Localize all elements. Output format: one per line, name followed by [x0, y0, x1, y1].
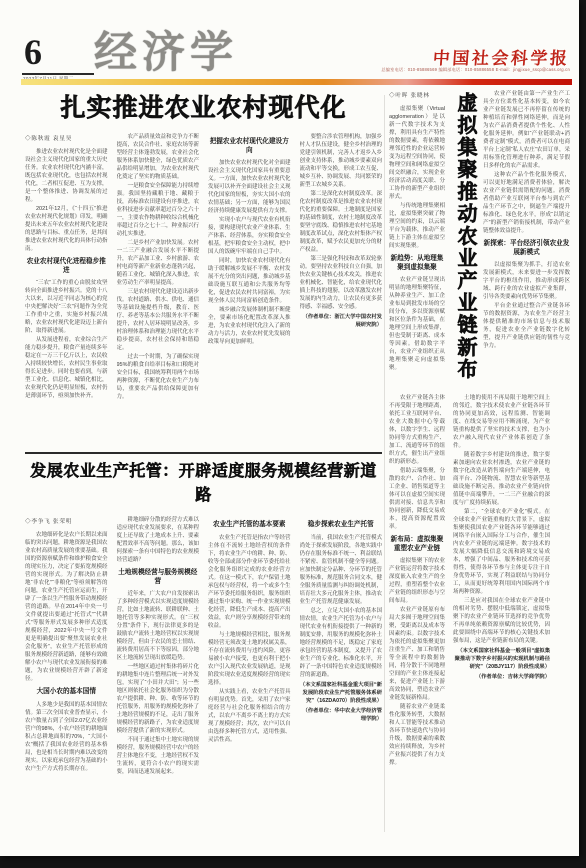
vertical-separator-rule	[384, 95, 385, 832]
paragraph: 农地细碎化是农户长期以来面临的突出问题，耕地资源是我国农业农村高质量发展的重要基…	[25, 531, 108, 683]
subhead: 新布局：虚拟集聚重塑农业产业链	[389, 536, 445, 553]
article-column: ◇李争飞 张荣明农地细碎化是农户长期以来面临的突出问题，耕地资源是我国农业农村高…	[25, 516, 108, 854]
subhead: 稳步探索农业生产托管	[300, 521, 383, 530]
paragraph: 近年来，广大农户自发探索出了多种经营模式以实现适度规模经营，比如土地流转、联耕联…	[117, 590, 200, 662]
byline: ◇叶晖 张晓林	[389, 92, 445, 100]
paragraph: 城乡融合发展体制机制不断健全，要素市场化配置改革深入推进，为农业农村现代化注入了…	[208, 306, 291, 346]
paragraph: 第三是强化科技和改革双轮驱动。要坚持农业科技自立自强，加快农业关键核心技术攻关，…	[300, 255, 383, 311]
article-column: 稳步探索农业生产托管当前，我国农业生产托管模式尚处于探索发展阶段，各地实践中仍存…	[300, 516, 383, 854]
paragraph: 第二，“全球农业产业化”模式。在全球农业产业链重构的大背景下，虚拟集聚使我国农业…	[453, 508, 550, 596]
article-right: ◇叶晖 张晓林虚拟集聚（Virtual agglomeration）是以新一代数…	[389, 90, 570, 832]
article-column: 农业产业链各主体不再受限于地理距离，依托工业互联网平台、农业大数据中心等载体，以…	[389, 394, 445, 832]
subhead: 新探索：平台经济引领农业发展新模式	[483, 240, 570, 257]
paragraph: 不同于通过集中土地实现的规模经营，服务规模经营中农户的经营主体地位不变，土地经营…	[117, 736, 200, 776]
paragraph: 一是粮食安全保障能力持续增强。我国坚持藏粮于地、藏粮于技，高标准农田建设有序推进…	[117, 182, 200, 238]
article-column: 耕地细碎分散的经营方式难以适应现代农业发展要求，在某种程度上还导致了土地成本上升…	[117, 516, 200, 854]
vertical-headline: 虚拟集聚推动农业产业链新布局	[450, 92, 480, 392]
endnote: （作者单位：华中农业大学经济管理学院）	[300, 707, 383, 723]
paragraph: 虚拟集聚下的农业产业链运营将数字技术深度嵌入农业生产的全过程，重塑着整个农业产业…	[389, 557, 445, 605]
paragraph: 农业产业链呈现出明显的地理集聚特征，从种养业生产、加工企业布局到批发市场的空间分…	[389, 276, 445, 372]
gradient-bar	[21, 79, 572, 85]
main-article-columns: ◇陈秋霞 袁星昊推进农业农村现代化是全面建设社会主义现代化国家的重大历史任务。农…	[25, 133, 382, 436]
paragraph: 土地的使用不再局限于地理空间上的邻近，数字技术使农业产业链各环节的协同更加高效，…	[453, 394, 550, 450]
paragraph: 2021年12月，《“十四五”推进农业农村现代化规划》印发，明确提出未来五年农业…	[25, 205, 108, 253]
paragraph: 以虚拟集聚为抓手，打造农业发展新模式，未来要进一步发挥数字平台的枢纽作用，推动形…	[483, 261, 570, 301]
paragraph: 加快农业农村现代化对全面建设社会主义现代化国家具有重要意义。一方面，加快农业农村…	[208, 159, 291, 215]
paragraph: 二是乡村产业加快发展。农村一二三产业融合发展水平不断提升，农产品加工业、乡村旅游…	[117, 239, 200, 287]
paragraph: 借助云端集聚，分散的农户、合作社、加工企业、销售渠道等主体可以在虚拟空间实现供需…	[389, 467, 445, 531]
paragraph: “三农”工作的重心由脱贫攻坚转向全面推进乡村振兴。党的十八大以来，以习近平同志为…	[25, 279, 108, 335]
paragraph: 三是应对我国在全球农业产业链中的相对劣势、摆脱中低端锁定，虚拟集聚下的农业产业链…	[453, 597, 550, 645]
paragraph: 从实践上看，农业生产托管具有明显优势。首先，采用了农户家庭经营与社会化服务相结合…	[208, 688, 291, 744]
paragraph: 农产品质量效益和竞争力不断提高，农民合作社、家庭农场等新型经营主体蓬勃发展，农业…	[117, 133, 200, 181]
paragraph: 人多地少是我国的基本国情农情。第三次全国农业普查显示，小农户数量占到了全国2.0…	[25, 701, 108, 773]
paragraph: 第二是深化农村制度改革。深化农村制度改革是推进农业农村现代化的重要保障。土地制度…	[300, 190, 383, 254]
right-article-top: ◇叶晖 张晓林虚拟集聚（Virtual agglomeration）是以新一代数…	[389, 90, 570, 392]
subhead: 土地规模经营与服务规模经营	[117, 569, 200, 586]
paragraph: 过去一个时期，为了确保实现95%的粮食自给率目标和口粮绝对安全目标，我国统筹利用…	[117, 353, 200, 401]
paragraph: 同时，加快农业农村现代化有助于缓解城乡发展不平衡、农村发展不充分的突出问题，推动…	[208, 257, 291, 305]
paragraph: 要整合涉农管理机构，加强乡村人才队伍建设，健全乡村治理的党建引领机制，完善人才返…	[300, 133, 383, 189]
byline: ◇李争飞 张荣明	[25, 518, 108, 526]
paragraph: 随着农业产业链柔性化服务转型，大数据和人工智能等技术推动各环节快速迭代与协同升级…	[389, 703, 445, 767]
subhead: 新趋势：从地理集聚到虚拟集聚	[389, 255, 445, 272]
paragraph: 虚拟集聚（Virtual agglomeration）是以新一代数字技术为支撑，…	[389, 105, 445, 201]
article-column: 农业生产托管的基本要素农业生产托管是指农户等经营主体在不流转土地经营权的条件下，…	[208, 516, 291, 854]
article-column: 土地的使用不再局限于地理空间上的邻近，数字技术使农业产业链各环节的协同更加高效，…	[453, 394, 550, 832]
paragraph: 农业产业链各主体不再受限于地理距离，依托工业互联网平台、农业大数据中心等载体，以…	[389, 394, 445, 466]
paragraph: 平台企业通过整合产业链各环节的数据资源，为农业生产经营主体提供精准的市场信息与技…	[483, 302, 570, 350]
paragraph: 农业产业链原有布局大多囿于地理空间集聚，受距离以及成本等因素约束。以数字技术为依…	[389, 606, 445, 702]
article-column: 农产品质量效益和竞争力不断提高，农民合作社、家庭农场等新型经营主体蓬勃发展，农业…	[117, 133, 200, 436]
masthead: 中国社会科学报	[432, 44, 570, 69]
subhead: 农业农村现代化进程稳步推进	[25, 258, 108, 275]
section-divider-rule	[25, 452, 382, 454]
right-article-bottom: 农业产业链各主体不再受限于地理距离，依托工业互联网平台、农业大数据中心等载体，以…	[389, 394, 570, 832]
paragraph: 一些地区通过村集体将碎片化的耕地集中连片整理后统一对外发包，实现了“小田并大田”…	[117, 663, 200, 735]
article-column: ◇陈秋霞 袁星昊推进农业农村现代化是全面建设社会主义现代化国家的重大历史任务。农…	[25, 133, 108, 436]
subhead: 大国小农的基本国情	[25, 688, 108, 697]
paragraph: 农业生产托管是指农户等经营主体在不流转土地经营权的条件下，将农业生产中的耕、种、…	[208, 534, 291, 630]
bottom-headline: 发展农业生产托管：开辟适度服务规模经营新道路	[25, 460, 382, 508]
page-number-rule	[22, 73, 94, 75]
main-headline: 扎实推进农业农村现代化	[25, 92, 382, 124]
paragraph: 实现小农户与现代农业有机衔接，要构建现代农业产业体系、生产体系、经营体系，夯实粮…	[208, 216, 291, 256]
endnote: （作者单位：浙江大学中国农村发展研究院）	[300, 313, 383, 329]
endnote: （本文系国家社科基金一般项目“虚拟集聚推动下数字乡村振兴的实现机制与路径研究”（…	[453, 647, 550, 671]
subhead: 农业生产托管的基本要素	[208, 521, 291, 530]
byline: ◇陈秋霞 袁星昊	[25, 135, 108, 143]
paragraph: 总之，立足大国小农的基本国情农情，农业生产托管为小农户与现代农业有机衔接提供了一…	[300, 607, 383, 679]
paragraph: 随着数字乡村建设的推进，数字要素加速向农业农村渗透，农业产业链的数字化改造从销售…	[453, 451, 550, 507]
article-column: 把握农业农村现代化建设方向加快农业农村现代化对全面建设社会主义现代化国家具有重要…	[208, 133, 291, 436]
subhead: 把握农业农村现代化建设方向	[208, 138, 291, 155]
paragraph: 这种农产品个性化服务模式，可以更好地满足消费者体验，解决农业产业链供需错配的问题…	[483, 171, 570, 235]
bottom-article-columns: ◇李争飞 张荣明农地细碎化是农户长期以来面临的突出问题，耕地资源是我国农业农村高…	[25, 516, 382, 854]
article-column: ◇叶晖 张晓林虚拟集聚（Virtual agglomeration）是以新一代数…	[389, 90, 445, 392]
article-main: 扎实推进农业农村现代化 ◇陈秋霞 袁星昊推进农业农村现代化是全面建设社会主义现代…	[25, 92, 382, 436]
paragraph: 与土地规模经营相比，服务规模经营无须改变土地的权属关系，不存在流转费用与违约风险…	[208, 631, 291, 687]
paragraph: 三是农村现代化建设迈出新步伐。农村道路、供水、供电、通信等基础设施提档升级，教育…	[117, 288, 200, 352]
contact-info-line: 总编室电话：010-85886569 编辑部电话：010-85886558 E-…	[381, 67, 570, 73]
paragraph: 农业产业链由第一产业生产工具全方位柔性化基本转变，如今农业产业链发展已不再停留在…	[483, 90, 570, 170]
paragraph: 推进农业农村现代化是全面建设社会主义现代化国家的重大历史任务。农业农村现代化内涵…	[25, 148, 108, 204]
article-bottom: 发展农业生产托管：开辟适度服务规模经营新道路 ◇李争飞 张荣明农地细碎化是农户长…	[25, 458, 382, 854]
page-number: 6	[24, 34, 42, 70]
paragraph: 耕地细碎分散的经营方式难以适应现代农业发展要求，在某种程度上还导致了土地成本上升…	[117, 516, 200, 564]
article-column: 要整合涉农管理机构，加强乡村人才队伍建设，健全乡村治理的党建引领机制，完善人才返…	[300, 133, 383, 436]
paragraph: 与传统地理集聚相比，虚拟集聚突破了物理空间的约束，以云端平台为载体，推动产业链上…	[389, 202, 445, 250]
endnote: （作者单位：吉林大学商学院）	[453, 673, 550, 681]
newspaper-page: 6 2023年7月11日 星期二 经济学 中国社会科学报 总编室电话：010-8…	[0, 0, 579, 856]
paragraph: 当前，我国农业生产托管模式尚处于探索发展阶段，各地实践中仍存在服务标准不统一、利…	[300, 534, 383, 606]
endnote: （本文系国家社科基金重大项目“新发展阶段农业生产托管服务体系研究”（16ZDA0…	[300, 681, 383, 705]
section-title: 经济学	[94, 30, 238, 76]
article-column: 农业产业链由第一产业生产工具全方位柔性化基本转变，如今农业产业链发展已不再停留在…	[483, 90, 570, 392]
paragraph: 从发展进程看，农业综合生产能力稳步提升，粮食产量连续多年稳定在一万三千亿斤以上，…	[25, 336, 108, 400]
